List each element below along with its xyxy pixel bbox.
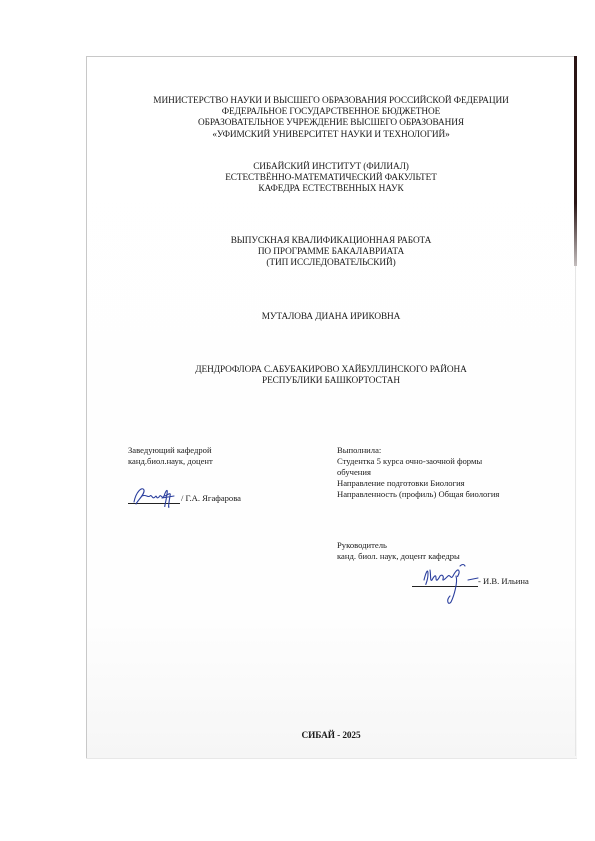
signature-icon: [420, 562, 480, 610]
supervisor-degree: канд. биол. наук, доцент кафедры: [337, 551, 460, 562]
author: МУТАЛОВА ДИАНА ИРИКОВНА: [86, 312, 576, 323]
performed-line: обучения: [337, 467, 499, 478]
supervisor-name: - И.В. Ильина: [478, 576, 529, 587]
work-type-line: ПО ПРОГРАММЕ БАКАЛАВРИАТА: [86, 247, 576, 258]
performed-line: Направление подготовки Биология: [337, 478, 499, 489]
ministry-line: ФЕДЕРАЛЬНОЕ ГОСУДАРСТВЕННОЕ БЮДЖЕТНОЕ: [86, 107, 576, 118]
work-type-line: ВЫПУСКНАЯ КВАЛИФИКАЦИОННАЯ РАБОТА: [86, 236, 576, 247]
work-type-line: (ТИП ИССЛЕДОВАТЕЛЬСКИЙ): [86, 258, 576, 269]
city-year: СИБАЙ - 2025: [86, 731, 576, 742]
institute-line: ЕСТЕСТВЁННО-МАТЕМАТИЧЕСКИЙ ФАКУЛЬТЕТ: [86, 173, 576, 184]
head-of-department: Заведующий кафедрой канд.биол.наук, доце…: [128, 445, 213, 467]
signature-icon: [128, 482, 184, 512]
ministry-line: ОБРАЗОВАТЕЛЬНОЕ УЧРЕЖДЕНИЕ ВЫСШЕГО ОБРАЗ…: [86, 118, 576, 129]
thesis-title: ДЕНДРОФЛОРА С.АБУБАКИРОВО ХАЙБУЛЛИНСКОГО…: [86, 365, 576, 387]
head-signature: [128, 482, 184, 512]
institute-header: СИБАЙСКИЙ ИНСТИТУТ (ФИЛИАЛ) ЕСТЕСТВЁННО-…: [86, 162, 576, 196]
performed-line: Направленность (профиль) Общая биология: [337, 489, 499, 500]
supervisor-role: Руководитель: [337, 540, 460, 551]
scan-edge-faint: [575, 266, 576, 756]
footer: СИБАЙ - 2025: [86, 731, 576, 742]
supervisor: Руководитель канд. биол. наук, доцент ка…: [337, 540, 460, 562]
ministry-line: МИНИСТЕРСТВО НАУКИ И ВЫСШЕГО ОБРАЗОВАНИЯ…: [86, 96, 576, 107]
head-degree: канд.биол.наук, доцент: [128, 456, 213, 467]
ministry-line: «УФИМСКИЙ УНИВЕРСИТЕТ НАУКИ И ТЕХНОЛОГИЙ…: [86, 130, 576, 141]
institute-line: СИБАЙСКИЙ ИНСТИТУТ (ФИЛИАЛ): [86, 162, 576, 173]
scan-edge-shadow: [574, 56, 577, 266]
performed-by: Выполнила: Студентка 5 курса очно-заочно…: [337, 445, 499, 500]
work-type: ВЫПУСКНАЯ КВАЛИФИКАЦИОННАЯ РАБОТА ПО ПРО…: [86, 236, 576, 270]
author-name: МУТАЛОВА ДИАНА ИРИКОВНА: [86, 312, 576, 323]
title-line: ДЕНДРОФЛОРА С.АБУБАКИРОВО ХАЙБУЛЛИНСКОГО…: [86, 365, 576, 376]
ministry-header: МИНИСТЕРСТВО НАУКИ И ВЫСШЕГО ОБРАЗОВАНИЯ…: [86, 96, 576, 141]
supervisor-signature: [420, 562, 480, 610]
title-line: РЕСПУБЛИКИ БАШКОРТОСТАН: [86, 376, 576, 387]
head-name: / Г.А. Ягафарова: [181, 493, 241, 504]
institute-line: КАФЕДРА ЕСТЕСТВЕННЫХ НАУК: [86, 184, 576, 195]
performed-line: Студентка 5 курса очно-заочной формы: [337, 456, 499, 467]
head-role: Заведующий кафедрой: [128, 445, 213, 456]
performed-label: Выполнила:: [337, 445, 499, 456]
